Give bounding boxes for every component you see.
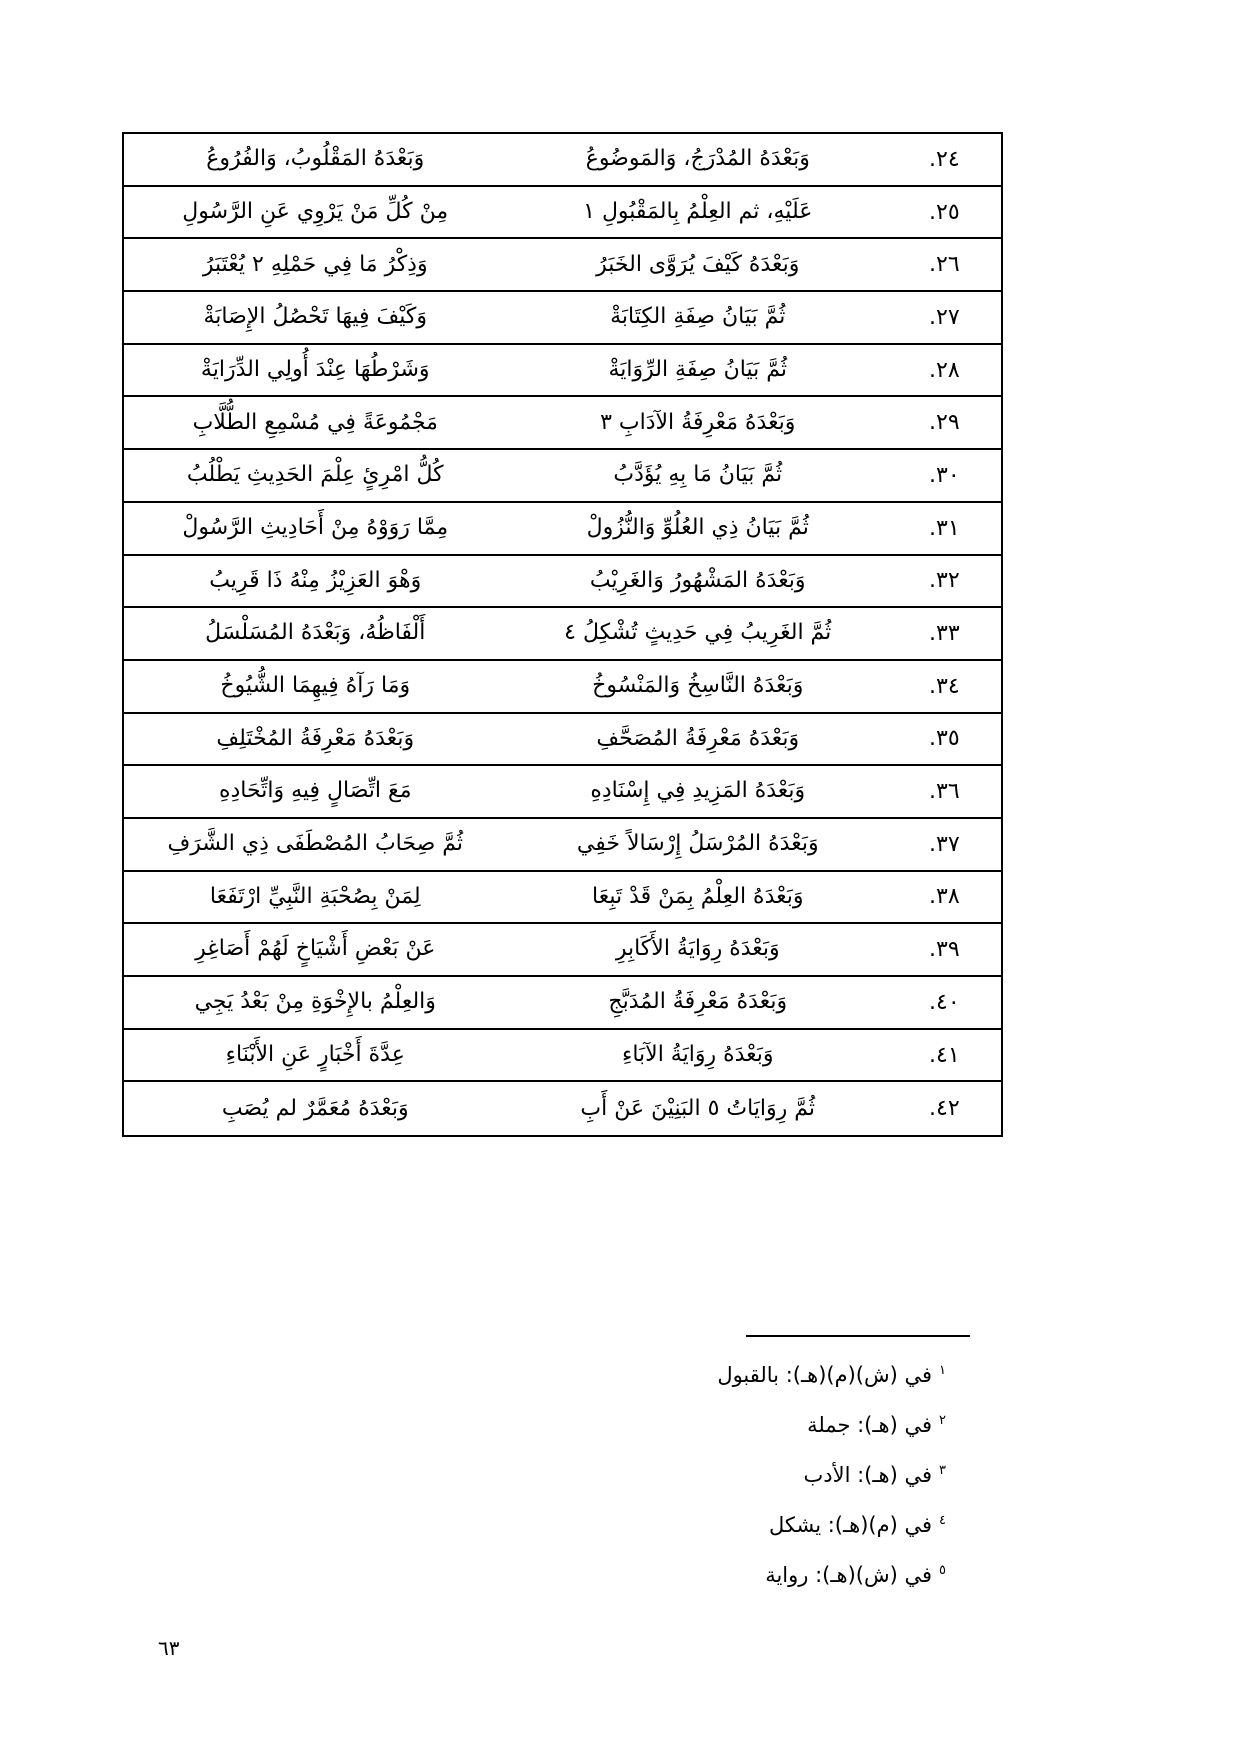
verse-first-hemistich: وَبَعْدَهُ العِلْمُ بِمَنْ قَدْ تَبِعَا [507,884,890,910]
page-number: ٦٣ [158,1636,179,1660]
verse-number: ٤١. [889,1043,1001,1068]
verse-second-hemistich: وَبَعْدَهُ المَقْلُوبُ، وَالفُرُوعُ [124,146,507,172]
footnote-item: ٢في (هـ): جملة [630,1414,946,1437]
verse-second-hemistich: مِنْ كُلِّ مَنْ يَرْوِي عَنِ الرَّسُولِ [124,199,507,225]
verse-number: ٣٥. [889,726,1001,751]
verse-row: ٢٨.ثُمَّ بَيَانُ صِفَةِ الرِّوَايَةْوَشَ… [124,345,1001,398]
verse-second-hemistich: وَبَعْدَهُ مَعْرِفَةُ المُخْتَلِفِ [124,726,507,752]
verse-row: ٣١.ثُمَّ بَيَانُ ذِي العُلُوِّ وَالنُّزُ… [124,503,1001,556]
verse-second-hemistich: وَكَيْفَ فِيهَا تَحْصُلُ الإِصَابَةْ [124,304,507,330]
verse-number: ٣٣. [889,621,1001,646]
verse-first-hemistich: ثُمَّ رِوَايَاتُ ٥ البَنِيْنَ عَنْ أَبِ [507,1096,890,1122]
verse-row: ٢٤.وَبَعْدَهُ المُدْرَجُ، وَالمَوضُوعُوَ… [124,134,1001,187]
verse-number: ٢٥. [889,200,1001,225]
verse-number: ٣٢. [889,568,1001,593]
footnote-item: ٥في (ش)(هـ): رواية [630,1564,946,1587]
verse-first-hemistich: وَبَعْدَهُ كَيْفَ يُرَوَّى الخَبَرُ [507,252,890,278]
footnote-text: في (هـ): جملة [807,1413,932,1437]
verse-row: ٢٩.وَبَعْدَهُ مَعْرِفَةُ الآدَابِ ٣مَجْم… [124,397,1001,450]
verse-number: ٣١. [889,516,1001,541]
verse-row: ٣٢.وَبَعْدَهُ المَشْهُورُ وَالغَرِيْبُوَ… [124,556,1001,609]
verse-first-hemistich: ثُمَّ الغَرِيبُ فِي حَدِيثٍ تُشْكِلُ ٤ [507,620,890,646]
footnote-separator-rule [746,1335,970,1337]
verse-second-hemistich: ثُمَّ صِحَابُ المُصْطَفَى ذِي الشَّرَفِ [124,831,507,857]
verse-number: ٢٩. [889,410,1001,435]
footnote-text: في (ش)(هـ): رواية [765,1563,932,1587]
footnote-marker: ٢ [939,1413,946,1428]
footnotes-section: ١في (ش)(م)(هـ): بالقبول٢في (هـ): جملة٣في… [630,1335,970,1587]
footnote-text: في (م)(هـ): يشكل [769,1513,932,1537]
verse-second-hemistich: وَذِكْرُ مَا فِي حَمْلِهِ ٢ يُعْتَبَرُ [124,252,507,278]
verse-second-hemistich: عَنْ بَعْضِ أَشْيَاخٍ لَهُمْ أَصَاغِرِ [124,936,507,962]
verse-first-hemistich: ثُمَّ بَيَانُ مَا بِهِ يُؤَدَّبُ [507,462,890,488]
verse-row: ٣٧.وَبَعْدَهُ المُرْسَلُ إِرْسَالاً خَفِ… [124,819,1001,872]
verse-second-hemistich: كُلُّ امْرِئٍ عِلْمَ الحَدِيثِ يَطْلُبُ [124,462,507,488]
verse-number: ٣٤. [889,674,1001,699]
footnote-marker: ١ [939,1363,946,1378]
verse-row: ٢٧.ثُمَّ بَيَانُ صِفَةِ الكِتَابَةْوَكَي… [124,292,1001,345]
verse-second-hemistich: وَهْوَ العَزِيْزُ مِنْهُ ذَا قَرِيبُ [124,568,507,594]
verse-row: ٣٩.وَبَعْدَهُ رِوَايَةُ الأَكَابِرِعَنْ … [124,924,1001,977]
footnote-marker: ٥ [939,1563,946,1578]
footnote-marker: ٤ [939,1513,946,1528]
verse-first-hemistich: وَبَعْدَهُ مَعْرِفَةُ المُدَبَّجِ [507,989,890,1015]
verse-row: ٣٤.وَبَعْدَهُ النَّاسِخُ وَالمَنْسُوخُوَ… [124,661,1001,714]
verse-row: ٣٠.ثُمَّ بَيَانُ مَا بِهِ يُؤَدَّبُكُلُّ… [124,450,1001,503]
verse-number: ٤٢. [889,1096,1001,1121]
verse-first-hemistich: وَبَعْدَهُ رِوَايَةُ الأَكَابِرِ [507,936,890,962]
verse-second-hemistich: مَعَ اتِّصَالٍ فِيهِ وَاتِّحَادِهِ [124,778,507,804]
footnote-text: في (ش)(م)(هـ): بالقبول [717,1363,932,1387]
verse-second-hemistich: وَبَعْدَهُ مُعَمَّرٌ لم يُصَبِ [124,1096,507,1122]
verse-row: ٢٦.وَبَعْدَهُ كَيْفَ يُرَوَّى الخَبَرُوَ… [124,239,1001,292]
verse-second-hemistich: أَلْفَاظُهُ، وَبَعْدَهُ المُسَلْسَلُ [124,620,507,646]
verse-row: ٣٦.وَبَعْدَهُ المَزِيدِ فِي إِسْنَادِهِم… [124,766,1001,819]
verse-number: ٢٤. [889,147,1001,172]
verse-row: ٣٣.ثُمَّ الغَرِيبُ فِي حَدِيثٍ تُشْكِلُ … [124,608,1001,661]
footnote-item: ٣في (هـ): الأدب [630,1464,946,1487]
verse-second-hemistich: مِمَّا رَوَوْهُ مِنْ أَحَادِيثِ الرَّسُو… [124,515,507,541]
verse-number: ٢٦. [889,252,1001,277]
verse-second-hemistich: وَالعِلْمُ بالإِخْوَةِ مِنْ بَعْدُ يَجِي [124,989,507,1015]
verse-first-hemistich: ثُمَّ بَيَانُ صِفَةِ الكِتَابَةْ [507,304,890,330]
verse-number: ٣٠. [889,463,1001,488]
verse-first-hemistich: وَبَعْدَهُ المُرْسَلُ إِرْسَالاً خَفِي [507,831,890,857]
verse-number: ٣٨. [889,884,1001,909]
verse-second-hemistich: لِمَنْ بِصُحْبَةِ النَّبِيِّ ارْتَفَعَا [124,884,507,910]
verse-number: ٤٠. [889,990,1001,1015]
verse-second-hemistich: وَشَرْطُهَا عِنْدَ أُولِي الدِّرَايَةْ [124,357,507,383]
verse-first-hemistich: وَبَعْدَهُ المَزِيدِ فِي إِسْنَادِهِ [507,778,890,804]
verse-first-hemistich: وَبَعْدَهُ النَّاسِخُ وَالمَنْسُوخُ [507,673,890,699]
verse-number: ٣٩. [889,937,1001,962]
verse-row: ٤٢.ثُمَّ رِوَايَاتُ ٥ البَنِيْنَ عَنْ أَ… [124,1082,1001,1135]
verse-table: ٢٤.وَبَعْدَهُ المُدْرَجُ، وَالمَوضُوعُوَ… [122,132,1003,1137]
verse-number: ٢٨. [889,358,1001,383]
verse-row: ٤١.وَبَعْدَهُ رِوَايَةُ الآبَاءِعِدَّةَ … [124,1030,1001,1083]
verse-first-hemistich: عَلَيْهِ، ثم العِلْمُ بِالمَقْبُولِ ١ [507,199,890,225]
verse-second-hemistich: وَمَا رَآهُ فِيهِمَا الشُّيُوخُ [124,673,507,699]
footnote-text: في (هـ): الأدب [804,1463,933,1487]
verse-row: ٢٥.عَلَيْهِ، ثم العِلْمُ بِالمَقْبُولِ ١… [124,187,1001,240]
verse-row: ٣٨.وَبَعْدَهُ العِلْمُ بِمَنْ قَدْ تَبِع… [124,872,1001,925]
verse-row: ٤٠.وَبَعْدَهُ مَعْرِفَةُ المُدَبَّجِوَال… [124,977,1001,1030]
footnote-list: ١في (ش)(م)(هـ): بالقبول٢في (هـ): جملة٣في… [630,1364,970,1587]
verse-second-hemistich: مَجْمُوعَةً فِي مُسْمِعِ الطُّلَّابِ [124,410,507,436]
verse-first-hemistich: وَبَعْدَهُ مَعْرِفَةُ المُصَحَّفِ [507,726,890,752]
verse-first-hemistich: وَبَعْدَهُ المُدْرَجُ، وَالمَوضُوعُ [507,146,890,172]
verse-second-hemistich: عِدَّةَ أَخْبَارٍ عَنِ الأَبْنَاءِ [124,1042,507,1068]
verse-first-hemistich: وَبَعْدَهُ المَشْهُورُ وَالغَرِيْبُ [507,568,890,594]
verse-number: ٣٧. [889,832,1001,857]
footnote-item: ٤في (م)(هـ): يشكل [630,1514,946,1537]
verse-row: ٣٥.وَبَعْدَهُ مَعْرِفَةُ المُصَحَّفِوَبَ… [124,714,1001,767]
footnote-item: ١في (ش)(م)(هـ): بالقبول [630,1364,946,1387]
verse-first-hemistich: ثُمَّ بَيَانُ صِفَةِ الرِّوَايَةْ [507,357,890,383]
verse-first-hemistich: ثُمَّ بَيَانُ ذِي العُلُوِّ وَالنُّزُولْ [507,515,890,541]
verse-first-hemistich: وَبَعْدَهُ رِوَايَةُ الآبَاءِ [507,1042,890,1068]
verse-first-hemistich: وَبَعْدَهُ مَعْرِفَةُ الآدَابِ ٣ [507,410,890,436]
footnote-marker: ٣ [939,1463,946,1478]
verse-number: ٢٧. [889,305,1001,330]
verse-number: ٣٦. [889,779,1001,804]
